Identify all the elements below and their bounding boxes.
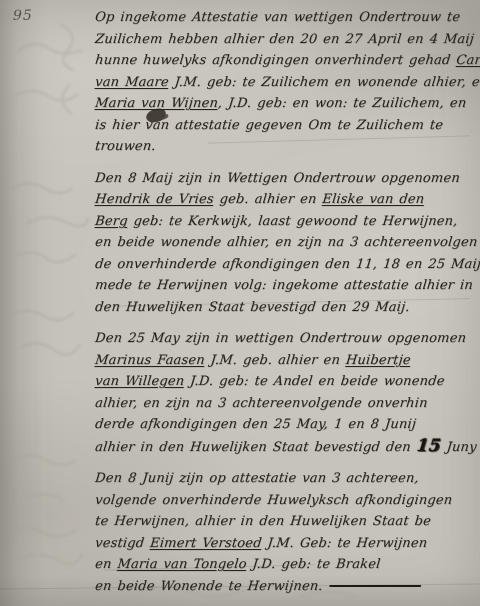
register-entry: Den 25 May zijn in wettigen Ondertrouw o… [94, 328, 476, 458]
manuscript-text: trouwen. [94, 139, 156, 154]
manuscript-line: van Maare J.M. geb: te Zuilichem en wone… [94, 72, 478, 94]
emphasized-number: 15 [416, 436, 442, 456]
underlined-name: Huibertje [345, 353, 411, 368]
manuscript-line: den Huwelijken Staat bevestigd den 29 Ma… [94, 297, 478, 319]
manuscript-text: derde afkondigingen den 25 May, 1 en 8 J… [94, 417, 417, 432]
manuscript-text: J.M. geb: te Zuilichem en wonende alhier… [168, 75, 480, 90]
manuscript-text: Op ingekome Attestatie van wettigen Onde… [94, 10, 461, 25]
manuscript-text: de onverhinderde afkondigingen den 11, 1… [94, 257, 480, 272]
manuscript-text: Juny [440, 440, 478, 455]
manuscript-text: J.M. geb. alhier en [204, 353, 347, 368]
manuscript-text: hunne huwelyks afkondigingen onverhinder… [94, 53, 457, 68]
manuscript-line: Den 25 May zijn in wettigen Ondertrouw o… [94, 328, 478, 350]
manuscript-line: van Willegen J.D. geb: te Andel en beide… [94, 371, 478, 393]
manuscript-text: is hier van attestatie gegeven Om te Zui… [94, 118, 444, 133]
underlined-name: Maria van Tongelo [117, 557, 248, 572]
manuscript-line: Den 8 Junij zijn op attestatie van 3 ach… [94, 468, 478, 490]
underlined-name: van Willegen [94, 374, 185, 389]
underlined-name: Eimert Verstoed [149, 536, 262, 551]
register-entry: Den 8 Junij zijn op attestatie van 3 ach… [94, 468, 476, 597]
manuscript-line: en beide wonende alhier, en zijn na 3 ac… [94, 232, 478, 254]
manuscript-line: Zuilichem hebben alhier den 20 en 27 Apr… [94, 29, 478, 51]
underlined-name: Berg [94, 214, 128, 229]
manuscript-page-scan: 95 Op ingekome Attestatie van wettigen O… [0, 0, 480, 606]
underlined-name: Eliske van den [322, 192, 426, 207]
manuscript-line: de onverhinderde afkondigingen den 11, 1… [94, 254, 478, 276]
manuscript-line: en beide Wonende te Herwijnen. [94, 576, 478, 598]
manuscript-line: Maria van Wijnen, J.D. geb: en won: te Z… [94, 93, 478, 115]
manuscript-line: mede te Herwijnen volg: ingekome attesta… [94, 275, 478, 297]
underlined-name: Carel [456, 53, 480, 68]
register-entry: Op ingekome Attestatie van wettigen Onde… [94, 7, 476, 158]
manuscript-text: en beide wonende alhier, en zijn na 3 ac… [94, 235, 478, 250]
manuscript-text: volgende onverhinderde Huwelyksch afkond… [94, 493, 453, 508]
manuscript-text: , J.D. geb: en won: te Zuilichem, en [217, 96, 467, 111]
manuscript-line: trouwen. [94, 136, 478, 158]
page-number: 95 [13, 8, 33, 24]
manuscript-text: geb. alhier en [213, 192, 323, 207]
underlined-name: van Maare [94, 75, 169, 90]
register-entries: Op ingekome Attestatie van wettigen Onde… [94, 7, 476, 606]
manuscript-text: vestigd [94, 536, 151, 551]
manuscript-text: Den 8 Maij zijn in Wettigen Ondertrouw o… [94, 171, 460, 186]
manuscript-text: alhier, en zijn na 3 achtereenvolgende o… [94, 396, 428, 411]
register-entry: Den 8 Maij zijn in Wettigen Ondertrouw o… [94, 168, 476, 319]
manuscript-text: en beide Wonende te Herwijnen. [94, 579, 323, 594]
manuscript-text: te Herwijnen, alhier in den Huwelijken S… [94, 514, 431, 529]
manuscript-text: J.M. Geb: te Herwijnen [261, 536, 428, 551]
manuscript-line: Berg geb: te Kerkwijk, laast gewoond te … [94, 211, 478, 233]
underlined-name: Hendrik de Vries [94, 192, 214, 207]
manuscript-line: derde afkondigingen den 25 May, 1 en 8 J… [94, 414, 478, 436]
manuscript-line: Op ingekome Attestatie van wettigen Onde… [94, 7, 478, 29]
manuscript-text: alhier in den Huwelijken Staat bevestigd… [94, 440, 417, 455]
manuscript-line: en Maria van Tongelo J.D. geb: te Brakel [94, 554, 478, 576]
manuscript-text: en [94, 557, 118, 572]
manuscript-text: J.D. geb: te Brakel [246, 557, 381, 572]
manuscript-line: alhier, en zijn na 3 achtereenvolgende o… [94, 393, 478, 415]
manuscript-line: volgende onverhinderde Huwelyksch afkond… [94, 490, 478, 512]
closing-dash [329, 585, 421, 587]
manuscript-text: geb: te Kerkwijk, laast gewoond te Herwi… [127, 214, 458, 229]
manuscript-line: Den 8 Maij zijn in Wettigen Ondertrouw o… [94, 168, 478, 190]
manuscript-line: hunne huwelyks afkondigingen onverhinder… [94, 50, 478, 72]
underlined-name: Maria van Wijnen [94, 96, 218, 111]
manuscript-text: Den 8 Junij zijn op attestatie van 3 ach… [94, 471, 419, 486]
underlined-name: Marinus Faasen [94, 353, 205, 368]
manuscript-line: is hier van attestatie gegeven Om te Zui… [94, 115, 478, 137]
manuscript-text: Zuilichem hebben alhier den 20 en 27 Apr… [94, 32, 474, 47]
manuscript-line: vestigd Eimert Verstoed J.M. Geb: te Her… [94, 533, 478, 555]
manuscript-line: Marinus Faasen J.M. geb. alhier en Huibe… [94, 350, 478, 372]
manuscript-line: Hendrik de Vries geb. alhier en Eliske v… [94, 189, 478, 211]
manuscript-text: den Huwelijken Staat bevestigd den 29 Ma… [94, 300, 410, 315]
manuscript-text: mede te Herwijnen volg: ingekome attesta… [94, 278, 473, 293]
manuscript-text: J.D. geb: te Andel en beide wonende [184, 374, 446, 389]
manuscript-text: Den 25 May zijn in wettigen Ondertrouw o… [94, 331, 467, 346]
manuscript-line: te Herwijnen, alhier in den Huwelijken S… [94, 511, 478, 533]
manuscript-line: alhier in den Huwelijken Staat bevestigd… [94, 436, 478, 459]
